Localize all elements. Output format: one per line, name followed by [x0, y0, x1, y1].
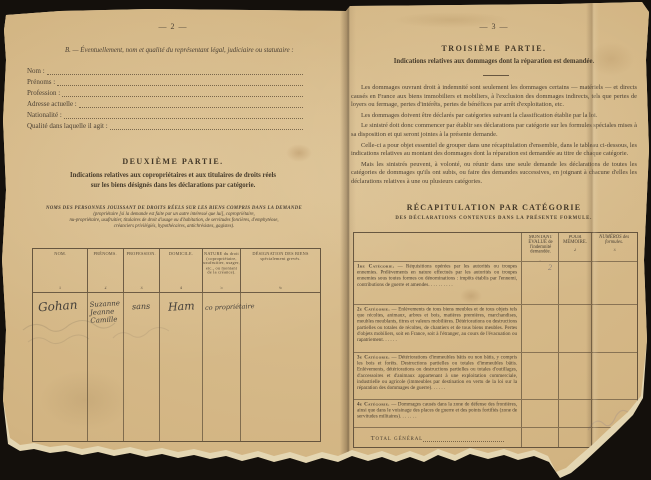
category-text: — Enlèvements de tous biens meubles et d… [357, 307, 517, 343]
header-num: 2 [92, 287, 120, 291]
paper-stain [392, 12, 512, 28]
field-profession: Profession : [27, 86, 303, 97]
field-label: Qualité dans laquelle il agit : [27, 122, 110, 130]
page-number-left: — 2 — [33, 22, 313, 31]
note-line-2: nu-propriétaire, usufruitier, titulaires… [26, 218, 322, 223]
header-label: PRÉNOMS. [88, 252, 123, 257]
header-num: 3 [597, 249, 633, 253]
part2-subtitle-1: Indications relatives aux copropriétaire… [33, 172, 313, 179]
field-label: Nom : [27, 67, 47, 75]
field-label: Profession : [27, 89, 62, 97]
cell-designation [241, 293, 320, 441]
field-prenoms: Prénoms : [27, 75, 303, 86]
field-label: Nationalité : [27, 111, 64, 119]
header-nom: NOM. 1 [33, 249, 88, 293]
divider-rule [483, 75, 509, 76]
dotted-line [64, 110, 303, 119]
recap-header-montant: MONTANT ÉVALUÉ de l'indemnité demandée. … [522, 233, 559, 261]
category-label: 4e Catégorie. [357, 402, 390, 407]
header-nature-droit: NATURE du droit (copropriétaire, usufrui… [203, 249, 241, 293]
category-text: — Détériorations d'immeubles bâtis ou no… [357, 355, 517, 391]
header-num: 6 [249, 287, 312, 291]
total-label: Total général [371, 435, 423, 442]
part2-title: DEUXIÈME PARTIE. [33, 157, 313, 166]
section-b-heading: B. — Éventuellement, nom et qualité du r… [65, 47, 294, 54]
montant-cell [522, 400, 559, 427]
header-num: 1 [526, 261, 555, 262]
header-num: 2 [562, 249, 588, 253]
note-line-3: créanciers privilégiés, hypothécaires, a… [26, 224, 322, 229]
header-label: NOM. [33, 252, 87, 257]
header-label: DÉSIGNATION DES BIENS spécialement grevé… [241, 252, 319, 261]
header-profession: PROFESSION. 3 [124, 249, 160, 293]
paper-sheet: — 2 — B. — Éventuellement, nom et qualit… [0, 0, 651, 480]
recap-header-description [354, 233, 522, 261]
note-line-1: (propriétaire [si la demande est faite p… [26, 212, 322, 217]
dotted-line [47, 66, 303, 75]
header-label: NATURE du droit (copropriétaire, usufrui… [203, 252, 240, 275]
category-description: 3e Catégorie. — Détériorations d'immeubl… [354, 353, 522, 399]
field-adresse: Adresse actuelle : [27, 97, 303, 108]
field-nom: Nom : [27, 64, 303, 75]
category-label: 1re Catégorie. [357, 264, 394, 269]
header-label: DOMICILE. [160, 252, 202, 257]
paper-stain [286, 144, 312, 162]
montant-cell [522, 305, 559, 352]
dotted-line [62, 88, 303, 97]
category-label: 2e Catégorie. [357, 307, 390, 312]
table-header-row: NOM. 1 PRÉNOMS. 2 PROFESSION. 3 DOMICILE… [33, 249, 320, 293]
montant-cell [522, 353, 559, 399]
header-designation-biens: DÉSIGNATION DES BIENS spécialement grevé… [241, 249, 320, 293]
field-label: Prénoms : [27, 78, 57, 86]
document-scan: — 2 — B. — Éventuellement, nom et qualit… [0, 0, 651, 480]
field-qualite: Qualité dans laquelle il agit : [27, 119, 303, 130]
category-description: 4e Catégorie. — Dommages causés dans la … [354, 400, 522, 427]
field-label: Adresse actuelle : [27, 100, 79, 108]
header-num: 4 [164, 287, 198, 291]
ink-bleedthrough [18, 300, 218, 350]
montant-cell [522, 428, 559, 447]
header-num: 1 [38, 287, 81, 291]
field-nationalite: Nationalité : [27, 108, 303, 119]
dotted-line [57, 77, 303, 86]
part2-subtitle-2: sur les biens désignés dans les déclarat… [33, 182, 313, 189]
dotted-line [423, 434, 504, 442]
category-description: 1re Catégorie. — Réquisitions opérées pa… [354, 262, 522, 304]
montant-cell: 2 [522, 262, 559, 304]
total-cell: Total général [354, 428, 522, 447]
center-fold [340, 0, 356, 480]
paper-stain [40, 370, 130, 430]
category-label: 3e Catégorie. [357, 355, 390, 360]
pencil-mark: 2 [548, 263, 552, 272]
category-description: 2e Catégorie. — Enlèvements de tous bien… [354, 305, 522, 352]
header-domicile: DOMICILE. 4 [160, 249, 203, 293]
header-num: 3 [128, 287, 156, 291]
header-label: PROFESSION. [124, 252, 159, 257]
dotted-line [79, 99, 303, 108]
header-label: MONTANT ÉVALUÉ de l'indemnité demandée. [522, 235, 558, 254]
note-caps: NOMS DES PERSONNES JOUISSANT DE DROITS R… [26, 206, 322, 211]
dotted-line [110, 121, 303, 130]
paper-stain [588, 42, 634, 76]
header-prenoms: PRÉNOMS. 2 [88, 249, 124, 293]
header-num: 5 [207, 287, 237, 291]
paper-stain [460, 288, 482, 304]
